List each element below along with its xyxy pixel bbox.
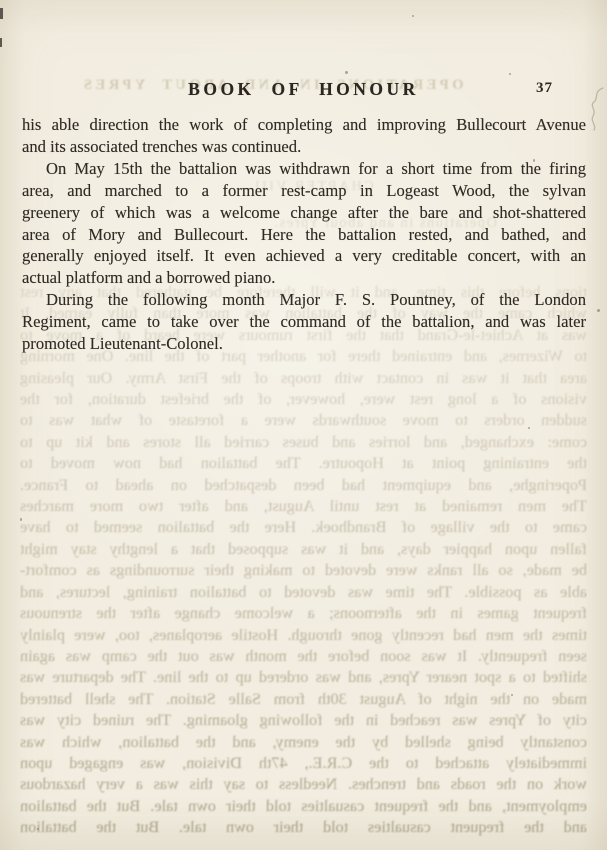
bleedthrough-line: the entraining point at Hopoutre. The ba… <box>20 453 587 474</box>
ink-speck <box>140 231 142 233</box>
body-text-line: his able direction the work of completin… <box>22 114 586 136</box>
body-text-line: area, and marched to a former rest-camp … <box>22 180 586 202</box>
bleedthrough-line: come: exchanged, and lorries and buses c… <box>20 432 587 453</box>
bleedthrough-line: came to the village of Brandhoek. Here t… <box>20 517 587 538</box>
bleedthrough-line: shifted to a spot nearer Ypres, and was … <box>20 667 587 688</box>
body-text-line: greenery of which was a welcome change a… <box>22 202 586 224</box>
bleedthrough-line: immediately attached to the C.R.E., 47th… <box>20 753 587 774</box>
ink-speck <box>20 518 22 521</box>
bleedthrough-line: constantly being shelled by the enemy, a… <box>20 732 587 753</box>
bleedthrough-line: Poperinghe, and equipment had been despa… <box>20 475 587 496</box>
hair-squiggle-mark <box>585 86 607 132</box>
body-text-line: Regiment, came to take over the command … <box>22 311 586 333</box>
bleedthrough-line: area that it was in contact with troops … <box>20 368 587 389</box>
bleedthrough-line: made on the night of August 30th from Sa… <box>20 689 587 710</box>
body-text-line: On May 15th the battalion was withdrawn … <box>22 158 586 180</box>
body-text-line: actual platform and a borrowed piano. <box>22 267 586 289</box>
ink-speck <box>597 309 600 312</box>
body-text-line: promoted Lieutenant-Colonel. <box>22 333 586 355</box>
bleedthrough-line: and the frequent casualties told their o… <box>20 817 587 838</box>
ink-speck <box>533 159 535 162</box>
bleedthrough-line: visions of a long rest were, however, of… <box>20 389 587 410</box>
ink-speck <box>412 15 414 17</box>
bleedthrough-line: times the men had recently gone through.… <box>20 625 587 646</box>
bleedthrough-text-block: tions before this time, and it will ther… <box>20 282 587 839</box>
paper-edge-mark <box>0 8 3 19</box>
bleedthrough-line: seen frequently. It was soon before the … <box>20 646 587 667</box>
ink-speck <box>345 71 348 74</box>
bleedthrough-line: frequent games in the afternoons; a welc… <box>20 603 587 624</box>
body-text-line: During the following month Major F. S. P… <box>22 289 586 311</box>
bleedthrough-line: fallen upon happier days, and it was sup… <box>20 539 587 560</box>
bleedthrough-line: sudden orders to move southwards were a … <box>20 410 587 431</box>
bleedthrough-line: work on the roads and trenches. Needless… <box>20 774 587 795</box>
ink-speck <box>509 73 511 75</box>
body-text-block: his able direction the work of completin… <box>22 114 586 355</box>
page-number: 37 <box>536 80 553 97</box>
ink-speck <box>528 427 530 429</box>
bleedthrough-line: be made, so all ranks were devoted to ma… <box>20 560 587 581</box>
bleedthrough-line: able as possible. The time was devoted t… <box>20 582 587 603</box>
body-text-line: generally enjoyed itself. It even achiev… <box>22 245 586 267</box>
bleedthrough-line: employment, and the frequent casualties … <box>20 796 587 817</box>
paper-edge-mark <box>0 38 2 47</box>
bleedthrough-line: city of Ypres was reached in the followi… <box>20 710 587 731</box>
ink-speck <box>37 828 39 830</box>
ink-speck <box>511 694 513 696</box>
page-header-title: BOOK OF HONOUR <box>0 79 607 100</box>
bleedthrough-line: The men remained at rest until August, a… <box>20 496 587 517</box>
body-text-line: and its associated trenches was continue… <box>22 136 586 158</box>
body-text-line: area of Mory and Bullecourt. Here the ba… <box>22 224 586 246</box>
